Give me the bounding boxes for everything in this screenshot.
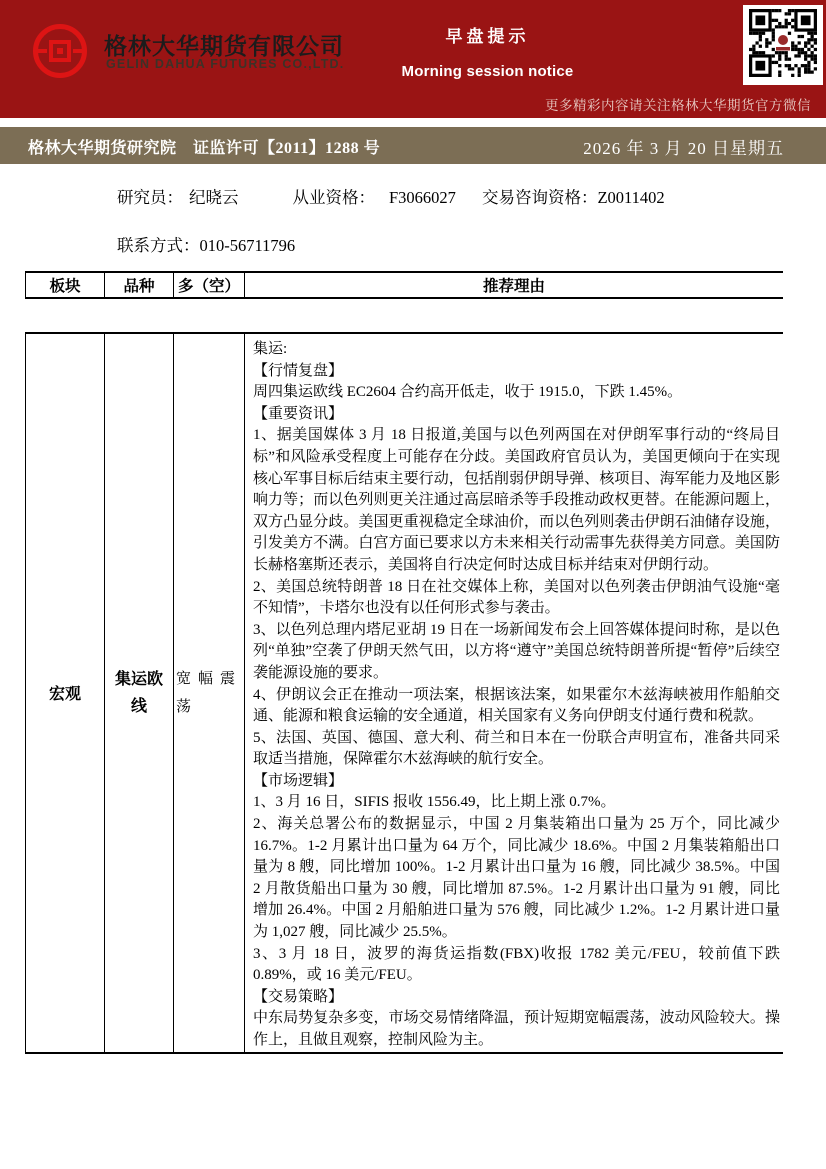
- header-row: 板块 品种 多（空） 推荐理由: [26, 272, 784, 298]
- morning-notice-page: 格林大华期货有限公司 GELIN DAHUA FUTURES CO.,LTD. …: [0, 0, 826, 1169]
- reason-paragraph: 3、以色列总理内塔尼亚胡 19 日在一场新闻发布会上回答媒体提问时称，是以色列“…: [253, 620, 780, 685]
- cell-position: 宽幅震荡: [174, 333, 245, 1053]
- cert-number: F3066027: [389, 188, 456, 207]
- advise-label: 交易咨询资格：: [482, 188, 598, 207]
- reason-paragraph: 【行情复盘】: [253, 361, 780, 383]
- recommendation-table-body: 宏观 集运欧线 宽幅震荡 集运: 【行情复盘】 周四集运欧线 EC2604 合约…: [25, 332, 783, 1054]
- company-name-en: GELIN DAHUA FUTURES CO.,LTD.: [106, 57, 344, 71]
- researcher-line2: 联系方式：010-56711796: [117, 232, 665, 256]
- contact-number: 010-56711796: [200, 236, 296, 255]
- reason-paragraph: 中东局势复杂多变，市场交易情绪降温，预计短期宽幅震荡，波动风险较大。操作上，且做…: [253, 1008, 780, 1051]
- cell-reason: 集运: 【行情复盘】 周四集运欧线 EC2604 合约高开低走，收于 1915.…: [245, 333, 784, 1053]
- col-header-variety: 品种: [105, 272, 174, 298]
- wechat-note: 更多精彩内容请关注格林大华期货官方微信: [545, 94, 811, 114]
- reason-paragraph: 2、美国总统特朗普 18 日在社交媒体上称，美国对以色列袭击伊朗油气设施“毫不知…: [253, 577, 780, 620]
- researcher-line1: 研究员：纪晓云从业资格：F3066027交易咨询资格：Z0011402: [117, 184, 665, 208]
- company-logo-icon: [33, 24, 87, 78]
- wechat-qr-code: [743, 5, 823, 85]
- reason-paragraph: 【重要资讯】: [253, 404, 780, 426]
- cell-sector: 宏观: [26, 333, 105, 1053]
- reason-paragraph: 周四集运欧线 EC2604 合约高开低走，收于 1915.0，下跌 1.45%。: [253, 382, 780, 404]
- researcher-role-label: 研究员：: [117, 188, 183, 207]
- notice-subtitle: Morning session notice: [390, 63, 585, 80]
- cell-variety: 集运欧线: [105, 333, 174, 1053]
- reason-paragraph: 2、海关总署公布的数据显示，中国 2 月集装箱出口量为 25 万个，同比减少 1…: [253, 814, 780, 944]
- table-row: 宏观 集运欧线 宽幅震荡 集运: 【行情复盘】 周四集运欧线 EC2604 合约…: [26, 333, 784, 1053]
- reason-text: 集运: 【行情复盘】 周四集运欧线 EC2604 合约高开低走，收于 1915.…: [245, 334, 783, 1052]
- reason-paragraph: 4、伊朗议会正在推动一项法案，根据该法案，如果霍尔木兹海峡被用作船舶交通、能源和…: [253, 685, 780, 728]
- institute-license-text: 格林大华期货研究院 证监许可【2011】1288 号: [28, 135, 380, 158]
- report-date: 2026 年 3 月 20 日星期五: [583, 134, 784, 159]
- sector-value: 宏观: [49, 686, 81, 703]
- position-value: 宽幅震荡: [176, 665, 242, 721]
- reason-paragraph: 1、3 月 16 日，SIFIS 报收 1556.49，比上期上涨 0.7%。: [253, 792, 780, 814]
- col-header-sector: 板块: [26, 272, 105, 298]
- reason-paragraph: 5、法国、英国、德国、意大利、荷兰和日本在一份联合声明宣布，准备共同采取适当措施…: [253, 728, 780, 771]
- subbar: 格林大华期货研究院 证监许可【2011】1288 号 2026 年 3 月 20…: [0, 127, 826, 164]
- reason-paragraph: 【市场逻辑】: [253, 771, 780, 793]
- variety-value: 集运欧线: [114, 666, 165, 720]
- notice-title: 早盘提示: [390, 22, 585, 47]
- contact-label: 联系方式：: [117, 236, 200, 255]
- col-header-reason: 推荐理由: [245, 272, 784, 298]
- advise-number: Z0011402: [597, 188, 664, 207]
- researcher-name: 纪晓云: [189, 188, 239, 207]
- recommendation-table-header: 板块 品种 多（空） 推荐理由: [25, 271, 783, 299]
- reason-paragraph: 【交易策略】: [253, 987, 780, 1009]
- cert-label: 从业资格：: [293, 188, 376, 207]
- reason-paragraph: 1、据美国媒体 3 月 18 日报道,美国与以色列两国在对伊朗军事行动的“终局目…: [253, 425, 780, 576]
- notice-title-block: 早盘提示 Morning session notice: [390, 22, 585, 80]
- header-banner: 格林大华期货有限公司 GELIN DAHUA FUTURES CO.,LTD. …: [0, 0, 826, 118]
- researcher-info: 研究员：纪晓云从业资格：F3066027交易咨询资格：Z0011402 联系方式…: [117, 184, 665, 256]
- col-header-position: 多（空）: [174, 272, 245, 298]
- qr-pattern: [749, 9, 817, 82]
- reason-paragraph: 3、3 月 18 日，波罗的海货运指数(FBX)收报 1782 美元/FEU，较…: [253, 944, 780, 987]
- reason-paragraph: 集运:: [253, 339, 780, 361]
